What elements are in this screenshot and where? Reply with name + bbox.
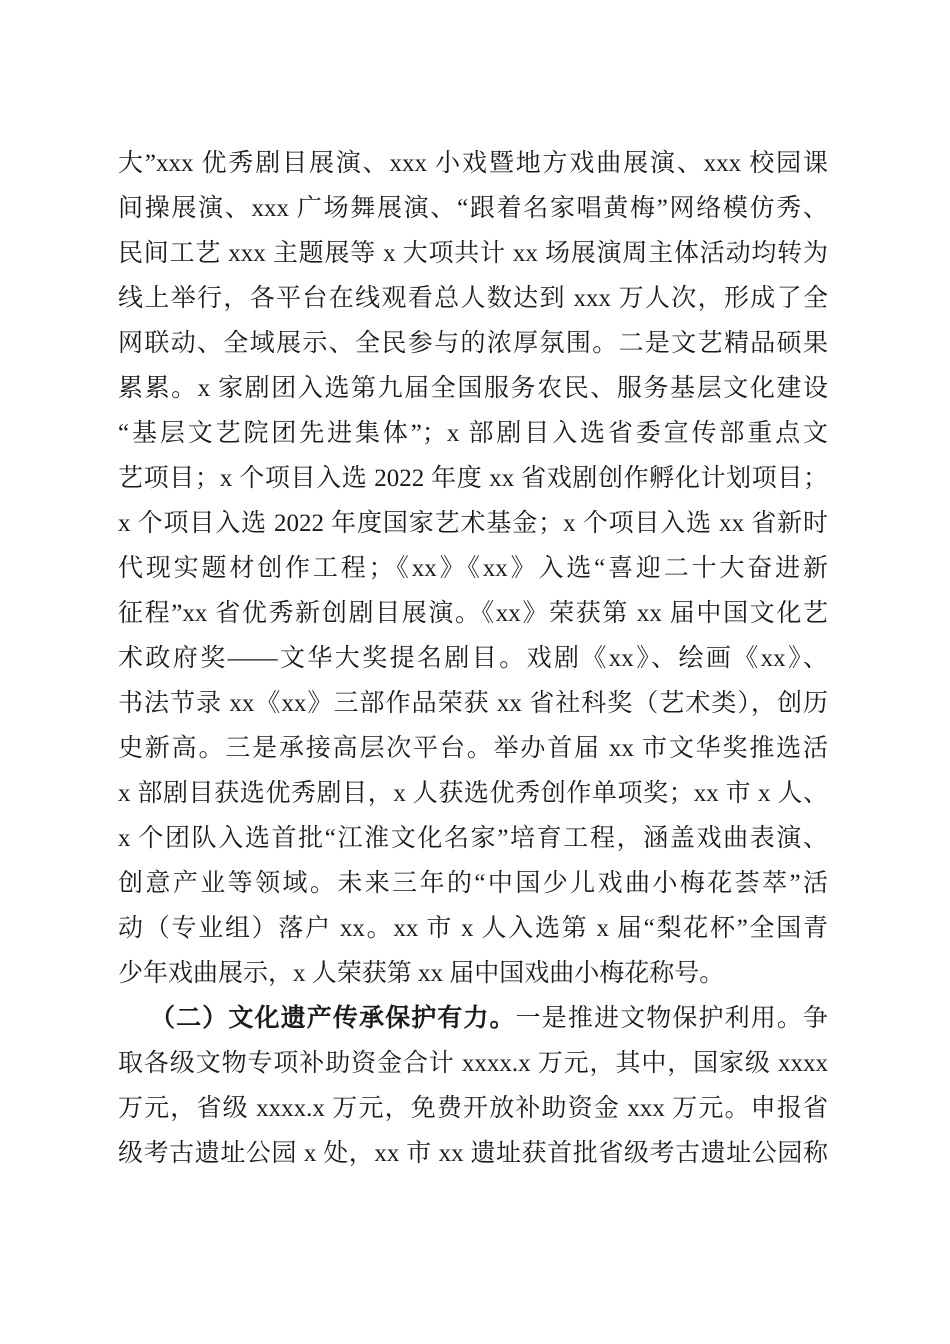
- body-text: 创意产业等领域。未来三年的“中国少儿戏曲小梅花荟萃”活: [118, 870, 828, 897]
- text-line: 艺项目；x 个项目入选 2022 年度 xx 省戏剧创作孵化计划项目；: [118, 456, 828, 501]
- text-line: 民间工艺 xxx 主题展等 x 大项共计 xx 场展演周主体活动均转为: [118, 231, 828, 276]
- document-page: 大”xxx 优秀剧目展演、xxx 小戏暨地方戏曲展演、xxx 校园课间操展演、x…: [0, 0, 950, 1344]
- text-line: 线上举行，各平台在线观看总人数达到 xxx 万人次，形成了全: [118, 276, 828, 321]
- body-text: 累累。x 家剧团入选第九届全国服务农民、服务基层文化建设: [118, 375, 828, 402]
- body-text: “基层文艺院团先进集体”；x 部剧目入选省委宣传部重点文: [118, 420, 828, 447]
- body-text: 征程”xx 省优秀新创剧目展演。《xx》荣获第 xx 届中国文化艺: [118, 600, 828, 627]
- body-text: 动（专业组）落户 xx。xx 市 x 人入选第 x 届“梨花杯”全国青: [118, 915, 828, 942]
- body-text: x 个团队入选首批“江淮文化名家”培育工程，涵盖戏曲表演、: [118, 825, 828, 852]
- text-line: 书法节录 xx《xx》三部作品荣获 xx 省社科奖（艺术类），创历: [118, 681, 828, 726]
- body-text: 一是推进文物保护利用。争: [516, 1005, 828, 1032]
- text-line: 创意产业等领域。未来三年的“中国少儿戏曲小梅花荟萃”活: [118, 861, 828, 906]
- body-text: 代现实题材创作工程；《xx》《xx》入选“喜迎二十大奋进新: [118, 555, 828, 582]
- text-line: x 个团队入选首批“江淮文化名家”培育工程，涵盖戏曲表演、: [118, 816, 828, 861]
- text-line: 取各级文物专项补助资金合计 xxxx.x 万元，其中，国家级 xxxx: [118, 1041, 828, 1086]
- body-text: x 部剧目获选优秀剧目，x 人获选优秀创作单项奖；xx 市 x 人、: [118, 780, 828, 807]
- text-line: 术政府奖——文华大奖提名剧目。戏剧《xx》、绘画《xx》、: [118, 636, 828, 681]
- text-line: 累累。x 家剧团入选第九届全国服务农民、服务基层文化建设: [118, 366, 828, 411]
- body-text: 史新高。三是承接高层次平台。举办首届 xx 市文华奖推选活动，: [118, 735, 828, 771]
- body-text: 书法节录 xx《xx》三部作品荣获 xx 省社科奖（艺术类），创历: [118, 690, 828, 717]
- body-text: 线上举行，各平台在线观看总人数达到 xxx 万人次，形成了全: [118, 285, 828, 312]
- body-text: 取各级文物专项补助资金合计 xxxx.x 万元，其中，国家级 xxxx: [118, 1050, 828, 1077]
- body-text: 万元，省级 xxxx.x 万元，免费开放补助资金 xxx 万元。申报省: [118, 1095, 828, 1122]
- text-line: 动（专业组）落户 xx。xx 市 x 人入选第 x 届“梨花杯”全国青: [118, 906, 828, 951]
- body-text: 级考古遗址公园 x 处，xx 市 xx 遗址获首批省级考古遗址公园称: [118, 1140, 828, 1167]
- body-text: 民间工艺 xxx 主题展等 x 大项共计 xx 场展演周主体活动均转为: [118, 240, 828, 267]
- text-line: 大”xxx 优秀剧目展演、xxx 小戏暨地方戏曲展演、xxx 校园课: [118, 141, 828, 186]
- text-line: 史新高。三是承接高层次平台。举办首届 xx 市文华奖推选活动，: [118, 726, 828, 771]
- text-line: 万元，省级 xxxx.x 万元，免费开放补助资金 xxx 万元。申报省: [118, 1086, 828, 1131]
- text-line: x 部剧目获选优秀剧目，x 人获选优秀创作单项奖；xx 市 x 人、: [118, 771, 828, 816]
- body-text: 间操展演、xxx 广场舞展演、“跟着名家唱黄梅”网络模仿秀、: [118, 195, 828, 222]
- body-text: 术政府奖——文华大奖提名剧目。戏剧《xx》、绘画《xx》、: [118, 645, 828, 672]
- text-line: 少年戏曲展示，x 人荣获第 xx 届中国戏曲小梅花称号。: [118, 951, 828, 996]
- text-line: 代现实题材创作工程；《xx》《xx》入选“喜迎二十大奋进新: [118, 546, 828, 591]
- body-text: 艺项目；x 个项目入选 2022 年度 xx 省戏剧创作孵化计划项目；: [118, 465, 828, 492]
- text-line: “基层文艺院团先进集体”；x 部剧目入选省委宣传部重点文: [118, 411, 828, 456]
- text-line: x 个项目入选 2022 年度国家艺术基金；x 个项目入选 xx 省新时: [118, 501, 828, 546]
- paragraph-start-line: （二）文化遗产传承保护有力。一是推进文物保护利用。争: [118, 996, 828, 1041]
- text-line: 间操展演、xxx 广场舞展演、“跟着名家唱黄梅”网络模仿秀、: [118, 186, 828, 231]
- document-text-block: 大”xxx 优秀剧目展演、xxx 小戏暨地方戏曲展演、xxx 校园课间操展演、x…: [118, 141, 828, 1176]
- section-heading: （二）文化遗产传承保护有力。: [150, 1005, 516, 1032]
- body-text: 大”xxx 优秀剧目展演、xxx 小戏暨地方戏曲展演、xxx 校园课: [118, 150, 828, 177]
- text-line: 征程”xx 省优秀新创剧目展演。《xx》荣获第 xx 届中国文化艺: [118, 591, 828, 636]
- body-text: x 个项目入选 2022 年度国家艺术基金；x 个项目入选 xx 省新时: [118, 510, 828, 537]
- text-line: 网联动、全域展示、全民参与的浓厚氛围。二是文艺精品硕果: [118, 321, 828, 366]
- body-text: 少年戏曲展示，x 人荣获第 xx 届中国戏曲小梅花称号。: [118, 960, 724, 987]
- body-text: 网联动、全域展示、全民参与的浓厚氛围。二是文艺精品硕果: [118, 330, 828, 357]
- text-line: 级考古遗址公园 x 处，xx 市 xx 遗址获首批省级考古遗址公园称: [118, 1131, 828, 1176]
